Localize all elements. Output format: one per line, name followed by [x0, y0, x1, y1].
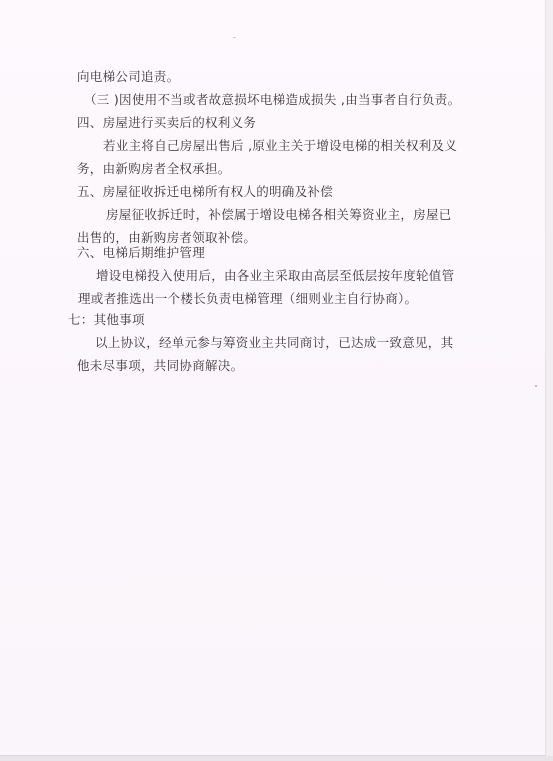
text-line-14: 他未尽事项，共同协商解决。 [77, 358, 243, 373]
text-line-2: （三 )因使用不当或者故意损坏电梯造成损失 ,由当事者自行负责。 [84, 92, 460, 107]
text-line-11: 理或者推选出一个楼长负责电梯管理（细则业主自行协商）。 [78, 291, 417, 306]
text-line-8: 出售的，由新购房者领取补偿。 [77, 230, 256, 245]
text-line-1: 向电梯公司追责。 [77, 69, 179, 84]
section-heading-5: 五、房屋征收拆迁电梯所有权人的明确及补偿 [77, 184, 333, 199]
text-line-10: 增设电梯投入使用后，由各业主采取由高层至低层按年度轮值管 [96, 268, 454, 283]
scan-speck [233, 37, 236, 38]
text-line-4: 若业主将自己房屋出售后 ,原业主关于增设电梯的相关权利及义 [103, 138, 457, 153]
section-heading-6: 六、电梯后期维护管理 [77, 245, 205, 260]
document-page: 向电梯公司追责。 （三 )因使用不当或者故意损坏电梯造成损失 ,由当事者自行负责… [0, 0, 546, 756]
text-line-13: 以上协议，经单元参与筹资业主共同商讨，已达成一致意见，其 [95, 335, 453, 350]
section-heading-7: 七：其他事项 [68, 312, 145, 327]
text-line-5: 务，由新购房者全权承担。 [77, 161, 231, 176]
text-line-7: 房屋征收拆迁时，补偿属于增设电梯各相关筹资业主，房屋已 [106, 207, 452, 222]
scan-speck [535, 385, 537, 387]
scan-edge-right [546, 0, 553, 761]
section-heading-4: 四、房屋进行买卖后的权利义务 [77, 115, 256, 130]
scan-edge-bottom [0, 756, 553, 761]
